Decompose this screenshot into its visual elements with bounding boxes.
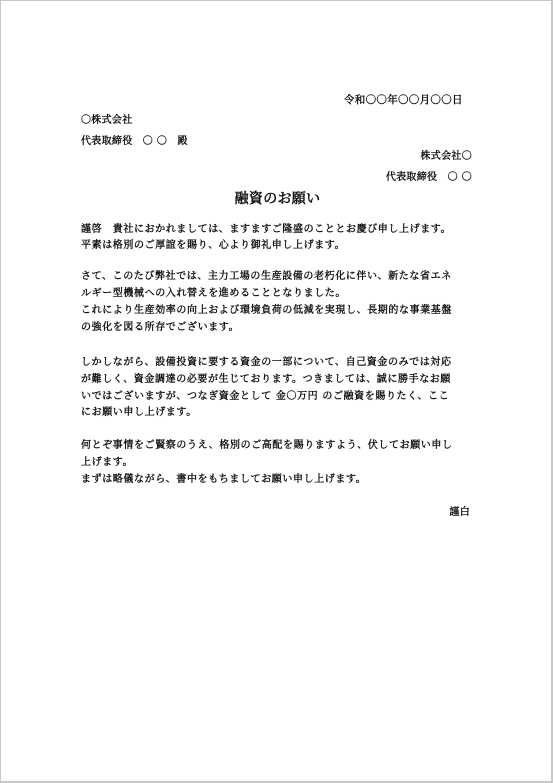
sender-company: 株式会社〇 [421,150,473,164]
recipient-person: 代表取締役 〇 〇 殿 [81,135,188,149]
closing-word: 謹白 [449,506,470,520]
paragraph-4-line-2: 上げます。 [81,456,133,470]
paragraph-2-line-3: これにより生産効率の向上および環境負荷の低減を実現し、長期的な事業基盤 [81,304,452,318]
paragraph-2-line-2: ルギー型機械への入れ替えを進めることとなりました。 [81,287,346,301]
sender-person: 代表取締役 〇 〇 [386,171,472,185]
paragraph-3-line-2: が難しく、資金調達の必要が生じております。つきましては、誠に勝手なお願 [81,373,451,387]
letter-title: 融資のお願い [1,190,553,208]
paragraph-1-line-1: 謹啓 貴社におかれましては、ますますご隆盛のこととお慶び申し上げます。 [81,223,451,237]
paragraph-4-line-1: 何とぞ事情をご賢察のうえ、格別のご高配を賜りますよう、伏してお願い申し [81,439,453,453]
paragraph-3-line-4: にお願い申し上げます。 [81,406,197,420]
paragraph-2-line-4: の強化を図る所存でございます。 [81,321,239,335]
letter-page: 令和〇〇年〇〇月〇〇日 〇株式会社 代表取締役 〇 〇 殿 株式会社〇 代表取締… [0,0,553,783]
paragraph-3-line-3: いではございますが、つなぎ資金として 金〇万円 のご融資を賜りたく、ここ [81,390,449,404]
paragraph-2-line-1: さて、このたび弊社では、主力工場の生産設備の老朽化に伴い、新たな省エネ [81,270,452,284]
recipient-company: 〇株式会社 [81,114,133,128]
paragraph-4-line-3: まずは略儀ながら、書中をもちましてお願い申し上げます。 [81,473,366,487]
letter-date: 令和〇〇年〇〇月〇〇日 [344,93,463,107]
paragraph-3-line-1: しかしながら、設備投資に要する資金の一部について、自己資金のみでは対応 [81,356,452,370]
paragraph-1-line-2: 平素は格別のご厚誼を賜り、心より御礼申し上げます。 [81,239,345,253]
